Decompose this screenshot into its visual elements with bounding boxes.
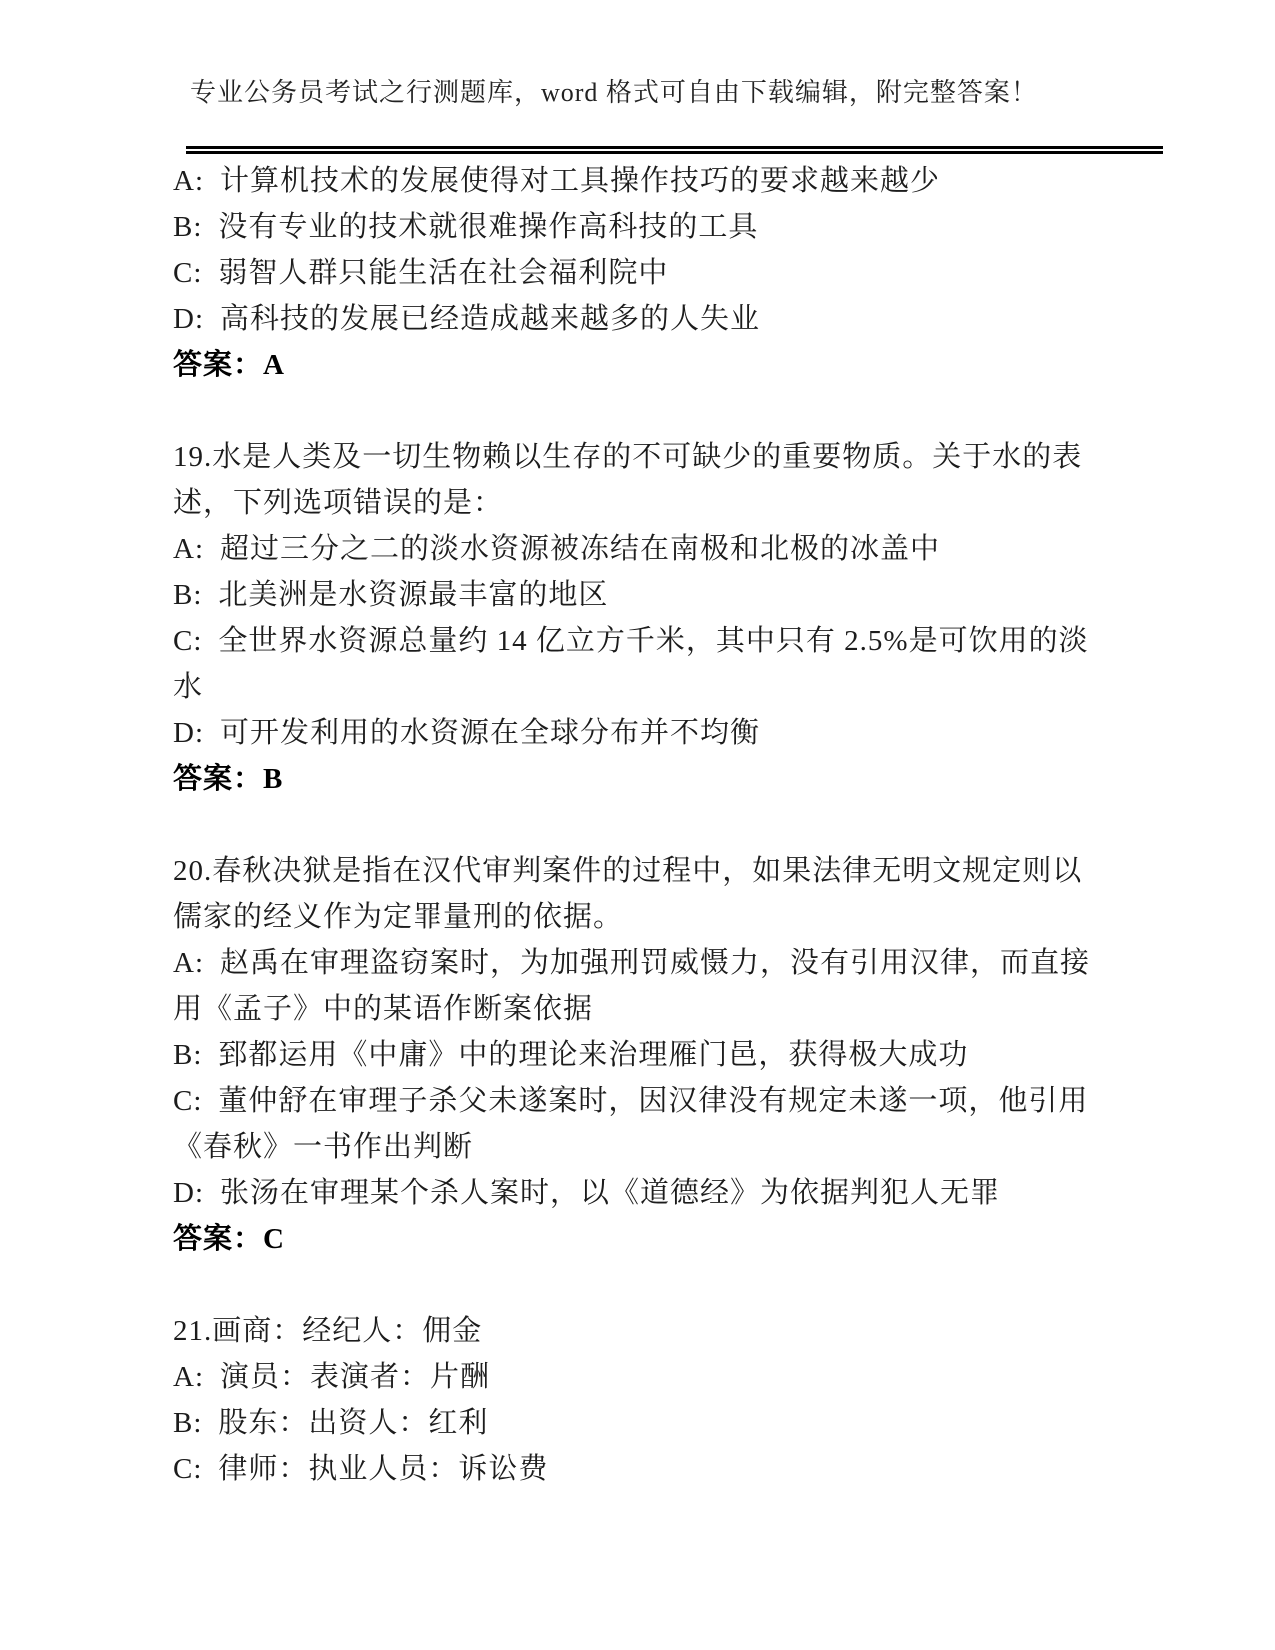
option-label: C: [173,1453,202,1485]
option-label: C: [173,1085,202,1117]
question-stem: 21.画商：经纪人：佣金 [173,1308,1095,1354]
option-text: 可开发利用的水资源在全球分布并不均衡 [220,717,760,749]
option-line: A:计算机技术的发展使得对工具操作技巧的要求越来越少 [173,158,1095,204]
option-line: C:弱智人群只能生活在社会福利院中 [173,250,1095,296]
option-line: B:北美洲是水资源最丰富的地区 [173,572,1095,618]
question-stem: 19.水是人类及一切生物赖以生存的不可缺少的重要物质。关于水的表述，下列选项错误… [173,434,1095,526]
question-stem-text: 春秋决狱是指在汉代审判案件的过程中，如果法律无明文规定则以儒家的经义作为定罪量刑… [173,855,1082,933]
option-text: 股东：出资人：红利 [218,1407,488,1439]
option-line: B:郅都运用《中庸》中的理论来治理雁门邑，获得极大成功 [173,1032,1095,1078]
option-text: 律师：执业人员：诉讼费 [218,1453,548,1485]
option-line: C:全世界水资源总量约 14 亿立方千米，其中只有 2.5%是可饮用的淡水 [173,618,1095,710]
option-label: A: [173,947,204,979]
question-stem: 20.春秋决狱是指在汉代审判案件的过程中，如果法律无明文规定则以儒家的经义作为定… [173,848,1095,940]
question-block-21: 21.画商：经纪人：佣金 A:演员：表演者：片酬 B:股东：出资人：红利 C:律… [173,1308,1095,1492]
question-stem-text: 水是人类及一切生物赖以生存的不可缺少的重要物质。关于水的表述，下列选项错误的是： [173,441,1082,519]
option-text: 全世界水资源总量约 14 亿立方千米，其中只有 2.5%是可饮用的淡水 [173,625,1089,703]
option-text: 赵禹在审理盗窃案时，为加强刑罚威慑力，没有引用汉律，而直接用《孟子》中的某语作断… [173,947,1090,1025]
option-line: C:董仲舒在审理子杀父未遂案时，因汉律没有规定未遂一项，他引用《春秋》一书作出判… [173,1078,1095,1170]
option-label: D: [173,1177,204,1209]
option-label: B: [173,211,202,243]
answer-label: 答案： [173,763,263,795]
option-text: 高科技的发展已经造成越来越多的人失业 [220,303,760,335]
option-label: A: [173,165,204,197]
option-line: B:没有专业的技术就很难操作高科技的工具 [173,204,1095,250]
header-divider [186,146,1163,154]
option-line: A:赵禹在审理盗窃案时，为加强刑罚威慑力，没有引用汉律，而直接用《孟子》中的某语… [173,940,1095,1032]
option-label: D: [173,303,204,335]
question-number: 20. [173,855,212,887]
option-line: D:高科技的发展已经造成越来越多的人失业 [173,296,1095,342]
option-line: C:律师：执业人员：诉讼费 [173,1446,1095,1492]
answer-line: 答案：B [173,756,1095,802]
answer-value: A [263,349,285,381]
option-line: D:张汤在审理某个杀人案时，以《道德经》为依据判犯人无罪 [173,1170,1095,1216]
question-block-20: 20.春秋决狱是指在汉代审判案件的过程中，如果法律无明文规定则以儒家的经义作为定… [173,848,1095,1262]
option-label: B: [173,1407,202,1439]
option-label: C: [173,625,202,657]
question-block-prev: A:计算机技术的发展使得对工具操作技巧的要求越来越少 B:没有专业的技术就很难操… [173,158,1095,388]
document-header-text: 专业公务员考试之行测题库，word 格式可自由下载编辑，附完整答案！ [190,72,1038,109]
document-body: A:计算机技术的发展使得对工具操作技巧的要求越来越少 B:没有专业的技术就很难操… [173,158,1095,1538]
question-block-19: 19.水是人类及一切生物赖以生存的不可缺少的重要物质。关于水的表述，下列选项错误… [173,434,1095,802]
option-label: B: [173,579,202,611]
option-line: A:演员：表演者：片酬 [173,1354,1095,1400]
option-text: 北美洲是水资源最丰富的地区 [218,579,608,611]
option-text: 没有专业的技术就很难操作高科技的工具 [218,211,758,243]
option-line: D:可开发利用的水资源在全球分布并不均衡 [173,710,1095,756]
answer-value: B [263,763,283,795]
option-line: A:超过三分之二的淡水资源被冻结在南极和北极的冰盖中 [173,526,1095,572]
answer-label: 答案： [173,1223,263,1255]
document-page: 专业公务员考试之行测题库，word 格式可自由下载编辑，附完整答案！ A:计算机… [0,0,1275,1650]
option-label: A: [173,1361,204,1393]
answer-value: C [263,1223,285,1255]
question-number: 19. [173,441,212,473]
option-line: B:股东：出资人：红利 [173,1400,1095,1446]
option-text: 张汤在审理某个杀人案时，以《道德经》为依据判犯人无罪 [220,1177,1000,1209]
answer-line: 答案：A [173,342,1095,388]
option-label: A: [173,533,204,565]
option-text: 郅都运用《中庸》中的理论来治理雁门邑，获得极大成功 [218,1039,968,1071]
option-text: 演员：表演者：片酬 [220,1361,490,1393]
option-text: 董仲舒在审理子杀父未遂案时，因汉律没有规定未遂一项，他引用《春秋》一书作出判断 [173,1085,1088,1163]
option-text: 超过三分之二的淡水资源被冻结在南极和北极的冰盖中 [220,533,940,565]
question-stem-text: 画商：经纪人：佣金 [212,1315,482,1347]
option-text: 弱智人群只能生活在社会福利院中 [218,257,668,289]
option-label: B: [173,1039,202,1071]
option-label: C: [173,257,202,289]
option-label: D: [173,717,204,749]
answer-line: 答案：C [173,1216,1095,1262]
option-text: 计算机技术的发展使得对工具操作技巧的要求越来越少 [220,165,940,197]
question-number: 21. [173,1315,212,1347]
answer-label: 答案： [173,349,263,381]
